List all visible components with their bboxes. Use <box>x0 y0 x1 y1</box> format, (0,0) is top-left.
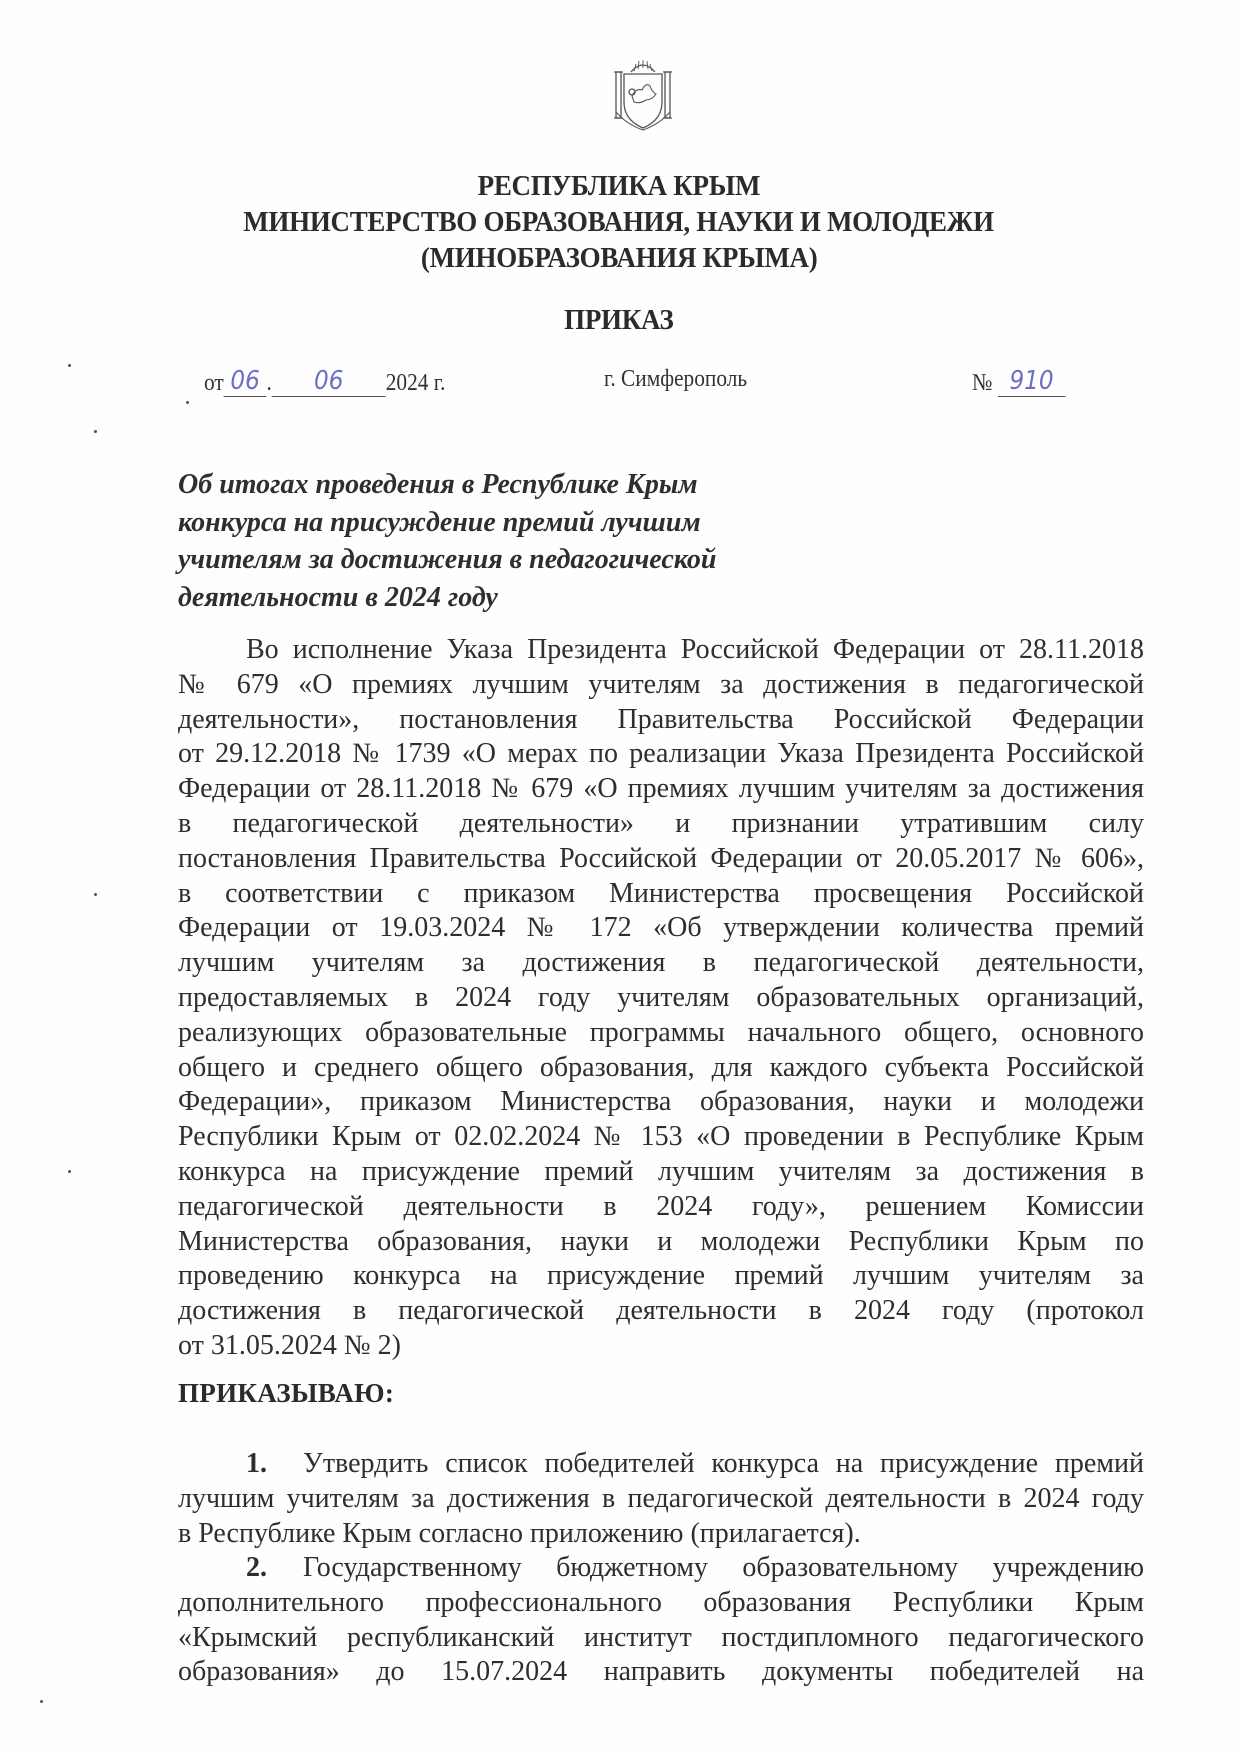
city: г. Симферополь <box>604 366 765 393</box>
order-subject: Об итогах проведения в Республике Крым к… <box>178 466 778 616</box>
order-item-2: 2. Государственному бюджетному образоват… <box>178 1551 1144 1690</box>
preamble-line: Федерации от 19.03.2024 № 172 «Об утверж… <box>178 911 1144 946</box>
subject-line: деятельности в 2024 году <box>178 579 778 617</box>
document-type: ПРИКАЗ <box>0 304 1238 337</box>
number-label: № <box>972 370 992 396</box>
order-number-field: № 910 <box>972 366 1077 397</box>
preamble-line: лучшим учителям за достижения в педагоги… <box>178 946 1144 981</box>
item-line: «Крымский республиканский институт постд… <box>178 1621 1144 1656</box>
scan-speck <box>68 364 71 367</box>
ministry-title: МИНИСТЕРСТВО ОБРАЗОВАНИЯ, НАУКИ И МОЛОДЕ… <box>0 206 1238 239</box>
item-line: в Республике Крым согласно приложению (п… <box>178 1517 1144 1552</box>
item-number: 2. <box>178 1551 267 1586</box>
date-field: от06.062024 г. <box>204 366 475 397</box>
scan-speck <box>94 893 97 896</box>
date-month: 06 <box>314 366 343 396</box>
preamble-line: Министерства образования, науки и молоде… <box>178 1225 1144 1260</box>
republic-title: РЕСПУБЛИКА КРЫМ <box>0 170 1238 203</box>
preamble-line: № 679 «О премиях лучшим учителям за дост… <box>178 668 1144 703</box>
order-heading: ПРИКАЗЫВАЮ: <box>178 1378 394 1409</box>
date-year: 2024 г. <box>386 370 446 396</box>
subject-line: Об итогах проведения в Республике Крым <box>178 466 778 504</box>
preamble-line: Республики Крым от 02.02.2024 № 153 «О п… <box>178 1120 1144 1155</box>
preamble-line: постановления Правительства Российской Ф… <box>178 842 1144 877</box>
preamble-line: конкурса на присуждение премий лучшим уч… <box>178 1155 1144 1190</box>
preamble: Во исполнение Указа Президента Российско… <box>178 633 1144 1364</box>
preamble-line: деятельности», постановления Правительст… <box>178 703 1144 738</box>
order-item-1: 1. Утвердить список победителей конкурса… <box>178 1447 1144 1551</box>
document-page: РЕСПУБЛИКА КРЫМ МИНИСТЕРСТВО ОБРАЗОВАНИЯ… <box>0 0 1238 1753</box>
preamble-line: Федерации», приказом Министерства образо… <box>178 1085 1144 1120</box>
preamble-line: педагогической деятельности в 2024 году»… <box>178 1190 1144 1225</box>
preamble-line: Федерации от 28.11.2018 № 679 «О премиях… <box>178 772 1144 807</box>
scan-speck <box>94 430 97 433</box>
preamble-line: реализующих образовательные программы на… <box>178 1016 1144 1051</box>
preamble-line: от 31.05.2024 № 2) <box>178 1329 1144 1364</box>
item-line: образования» до 15.07.2024 направить док… <box>178 1655 1144 1690</box>
order-number: 910 <box>1009 366 1053 396</box>
coat-of-arms-icon <box>612 58 674 132</box>
preamble-line: Во исполнение Указа Президента Российско… <box>178 633 1144 668</box>
ministry-short-title: (МИНОБРАЗОВАНИЯ КРЫМА) <box>0 242 1238 275</box>
item-first-line: 1. Утвердить список победителей конкурса… <box>178 1447 1144 1482</box>
preamble-line: проведению конкурса на присуждение преми… <box>178 1259 1144 1294</box>
item-line: дополнительного профессионального образо… <box>178 1586 1144 1621</box>
subject-line: конкурса на присуждение премий лучшим <box>178 504 778 542</box>
item-line: лучшим учителям за достижения в педагоги… <box>178 1482 1144 1517</box>
scan-speck <box>186 401 189 404</box>
item-first-line: 2. Государственному бюджетному образоват… <box>178 1551 1144 1586</box>
preamble-line: в педагогической деятельности» и признан… <box>178 807 1144 842</box>
subject-line: учителям за достижения в педагогической <box>178 541 778 579</box>
preamble-line: от 29.12.2018 № 1739 «О мерах по реализа… <box>178 737 1144 772</box>
date-prefix: от <box>204 370 224 396</box>
preamble-line: предоставляемых в 2024 году учителям обр… <box>178 981 1144 1016</box>
item-line: Государственному бюджетному образователь… <box>303 1551 1144 1586</box>
item-number: 1. <box>178 1447 267 1482</box>
scan-speck <box>68 1170 71 1173</box>
preamble-line: в соответствии с приказом Министерства п… <box>178 877 1144 912</box>
item-line: Утвердить список победителей конкурса на… <box>303 1447 1144 1482</box>
date-day: 06 <box>230 366 259 396</box>
preamble-line: общего и среднего общего образования, дл… <box>178 1051 1144 1086</box>
scan-speck <box>40 1700 43 1703</box>
preamble-line: достижения в педагогической деятельности… <box>178 1294 1144 1329</box>
